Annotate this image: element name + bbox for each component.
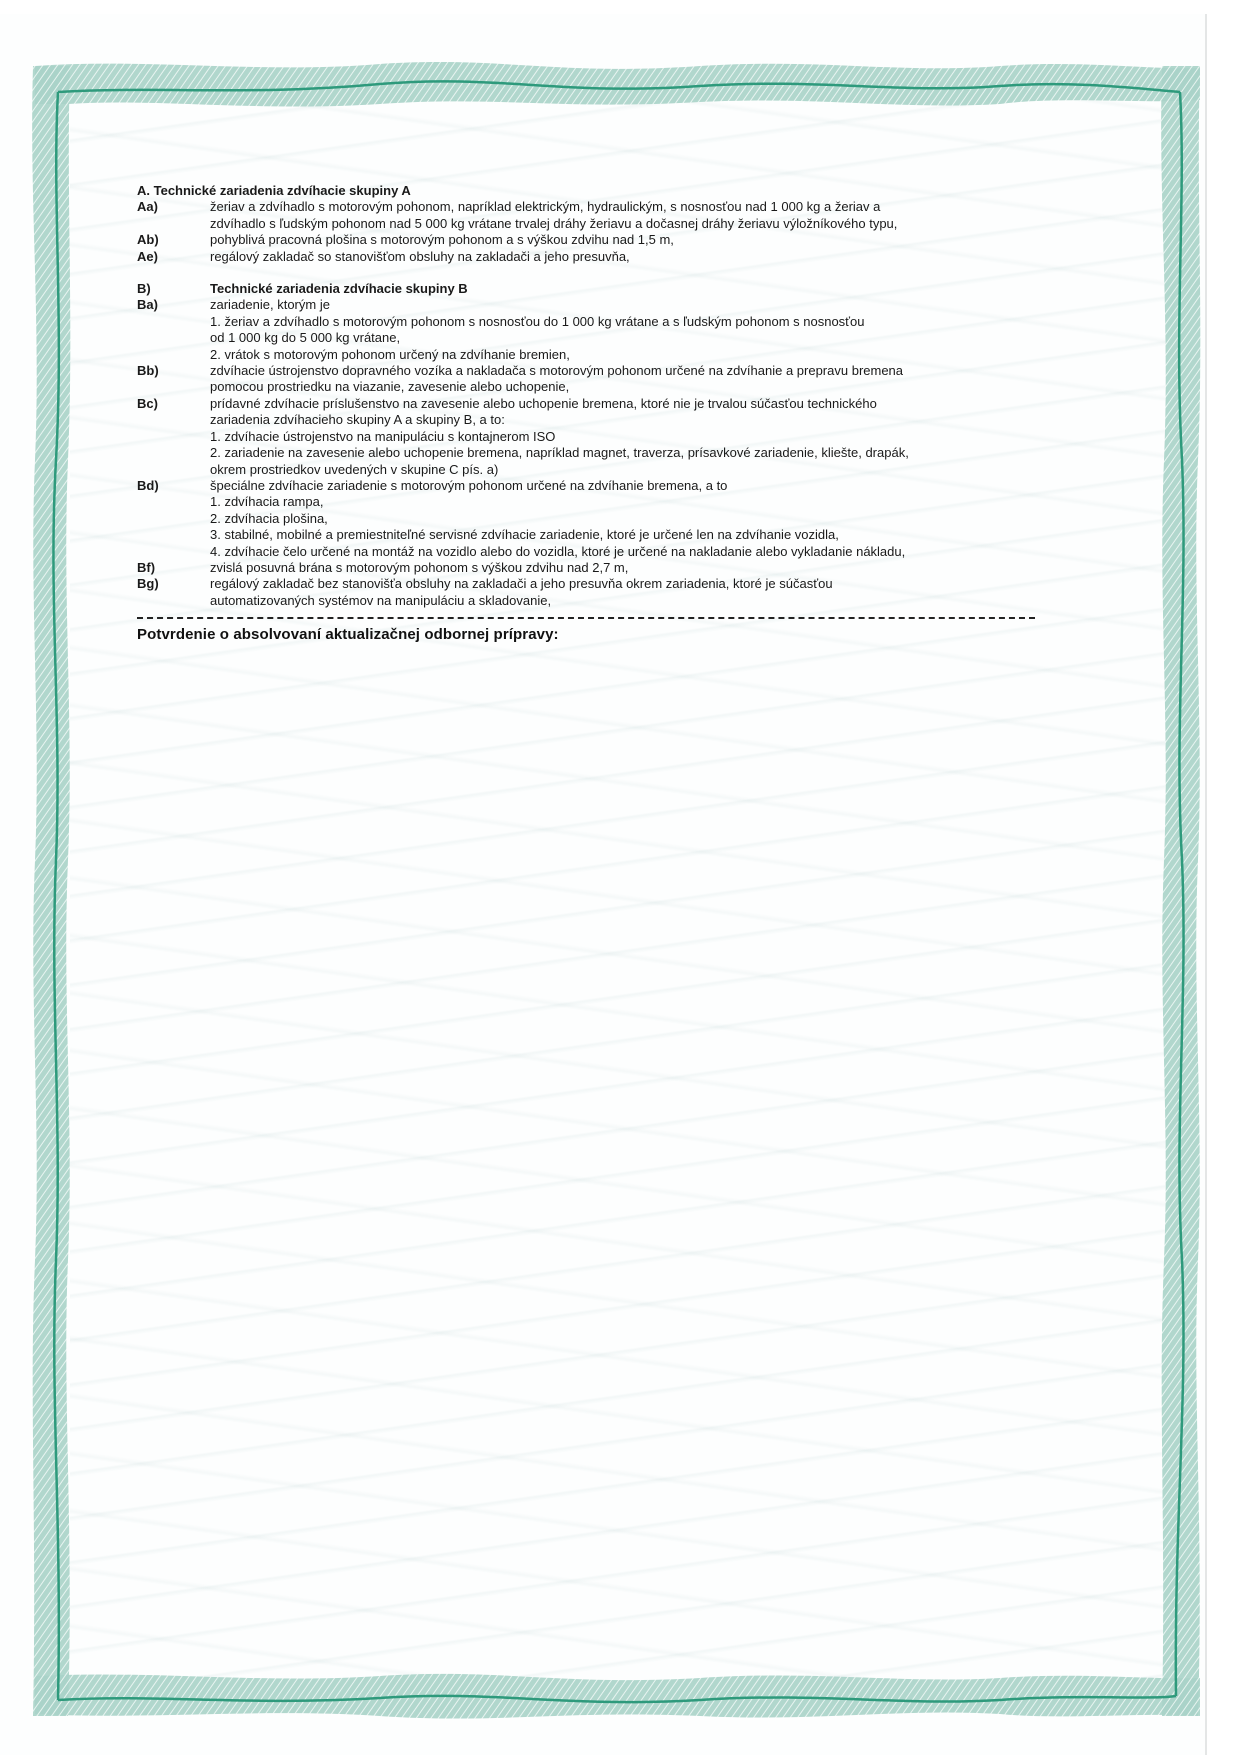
item-label [137,429,210,445]
list-item-line: automatizovaných systémov na manipuláciu… [137,593,1112,609]
item-label [137,544,210,560]
list-item-line: od 1 000 kg do 5 000 kg vrátane, [137,330,1112,346]
list-item-line: Ba)zariadenie, ktorým je [137,297,1112,313]
item-label [137,412,210,428]
item-text: zdvíhacie ústrojenstvo dopravného vozíka… [210,363,1112,379]
item-label: Bf) [137,560,210,576]
item-text: od 1 000 kg do 5 000 kg vrátane, [210,330,1112,346]
item-text: 3. stabilné, mobilné a premiestniteľné s… [210,527,1112,543]
section-b-items: Ba)zariadenie, ktorým je1. žeriav a zdví… [137,297,1112,609]
item-text: okrem prostriedkov uvedených v skupine C… [210,462,1112,478]
separator-dashed-line [137,617,1035,619]
item-label: Bb) [137,363,210,379]
item-text: žeriav a zdvíhadlo s motorovým pohonom, … [210,199,1112,215]
list-item-line: Aa)žeriav a zdvíhadlo s motorovým pohono… [137,199,1112,215]
item-label [137,445,210,461]
item-text: 1. žeriav a zdvíhadlo s motorovým pohono… [210,314,1112,330]
item-text: 2. vrátok s motorovým pohonom určený na … [210,347,1112,363]
list-item-line: zariadenia zdvíhacieho skupiny A a skupi… [137,412,1112,428]
item-text: 2. zdvíhacia plošina, [210,511,1112,527]
list-item-line: 1. zdvíhacia rampa, [137,494,1112,510]
list-item-line: Bg)regálový zakladač bez stanovišťa obsl… [137,576,1112,592]
list-item-line: 4. zdvíhacie čelo určené na montáž na vo… [137,544,1112,560]
item-label: Bc) [137,396,210,412]
item-text: 1. zdvíhacia rampa, [210,494,1112,510]
item-label [137,527,210,543]
item-text: zdvíhadlo s ľudským pohonom nad 5 000 kg… [210,216,1112,232]
list-item-line: Ab)pohyblivá pracovná plošina s motorový… [137,232,1112,248]
item-text: 2. zariadenie na zavesenie alebo uchopen… [210,445,1112,461]
item-label [137,511,210,527]
spacer [137,265,1112,281]
item-label [137,593,210,609]
item-label [137,216,210,232]
item-text: regálový zakladač bez stanovišťa obsluhy… [210,576,1112,592]
section-a-items: Aa)žeriav a zdvíhadlo s motorovým pohono… [137,199,1112,265]
border-bottom [35,1674,1200,1719]
list-item-line: Bf)zvislá posuvná brána s motorovým poho… [137,560,1112,576]
item-label: Bg) [137,576,210,592]
item-label [137,462,210,478]
item-label [137,330,210,346]
list-item-line: Ae)regálový zakladač so stanovišťom obsl… [137,249,1112,265]
item-label: Bd) [137,478,210,494]
border-left [32,66,70,1716]
document-body: A. Technické zariadenia zdvíhacie skupin… [137,183,1112,644]
item-text: automatizovaných systémov na manipuláciu… [210,593,1112,609]
item-text: pohyblivá pracovná plošina s motorovým p… [210,232,1112,248]
list-item-line: 2. vrátok s motorovým pohonom určený na … [137,347,1112,363]
list-item-line: 2. zariadenie na zavesenie alebo uchopen… [137,445,1112,461]
section-b-label: B) [137,281,210,297]
list-item-line: 2. zdvíhacia plošina, [137,511,1112,527]
list-item-line: Bc)prídavné zdvíhacie príslušenstvo na z… [137,396,1112,412]
item-text: zariadenie, ktorým je [210,297,1112,313]
list-item-line: Bb)zdvíhacie ústrojenstvo dopravného voz… [137,363,1112,379]
item-text: špeciálne zdvíhacie zariadenie s motorov… [210,478,1112,494]
item-label [137,314,210,330]
item-text: prídavné zdvíhacie príslušenstvo na zave… [210,396,1112,412]
list-item-line: pomocou prostriedku na viazanie, zavesen… [137,379,1112,395]
item-label [137,379,210,395]
list-item-line: 3. stabilné, mobilné a premiestniteľné s… [137,527,1112,543]
confirmation-heading: Potvrdenie o absolvovaní aktualizačnej o… [137,627,1112,643]
list-item-line: okrem prostriedkov uvedených v skupine C… [137,462,1112,478]
section-a-heading: A. Technické zariadenia zdvíhacie skupin… [137,183,1112,199]
list-item-line: Bd)špeciálne zdvíhacie zariadenie s moto… [137,478,1112,494]
item-text: regálový zakladač so stanovišťom obsluhy… [210,249,1112,265]
item-label [137,494,210,510]
item-label [137,347,210,363]
section-b-heading-row: B) Technické zariadenia zdvíhacie skupin… [137,281,1112,297]
item-text: 1. zdvíhacie ústrojenstvo na manipuláciu… [210,429,1112,445]
item-text: 4. zdvíhacie čelo určené na montáž na vo… [210,544,1112,560]
item-text: zariadenia zdvíhacieho skupiny A a skupi… [210,412,1112,428]
item-text: zvislá posuvná brána s motorovým pohonom… [210,560,1112,576]
list-item-line: 1. žeriav a zdvíhadlo s motorovým pohono… [137,314,1112,330]
item-text: pomocou prostriedku na viazanie, zavesen… [210,379,1112,395]
item-label: Ab) [137,232,210,248]
list-item-line: zdvíhadlo s ľudským pohonom nad 5 000 kg… [137,216,1112,232]
list-item-line: 1. zdvíhacie ústrojenstvo na manipuláciu… [137,429,1112,445]
item-label: Aa) [137,199,210,215]
section-b-heading: Technické zariadenia zdvíhacie skupiny B [210,281,1112,297]
item-label: Ba) [137,297,210,313]
item-label: Ae) [137,249,210,265]
